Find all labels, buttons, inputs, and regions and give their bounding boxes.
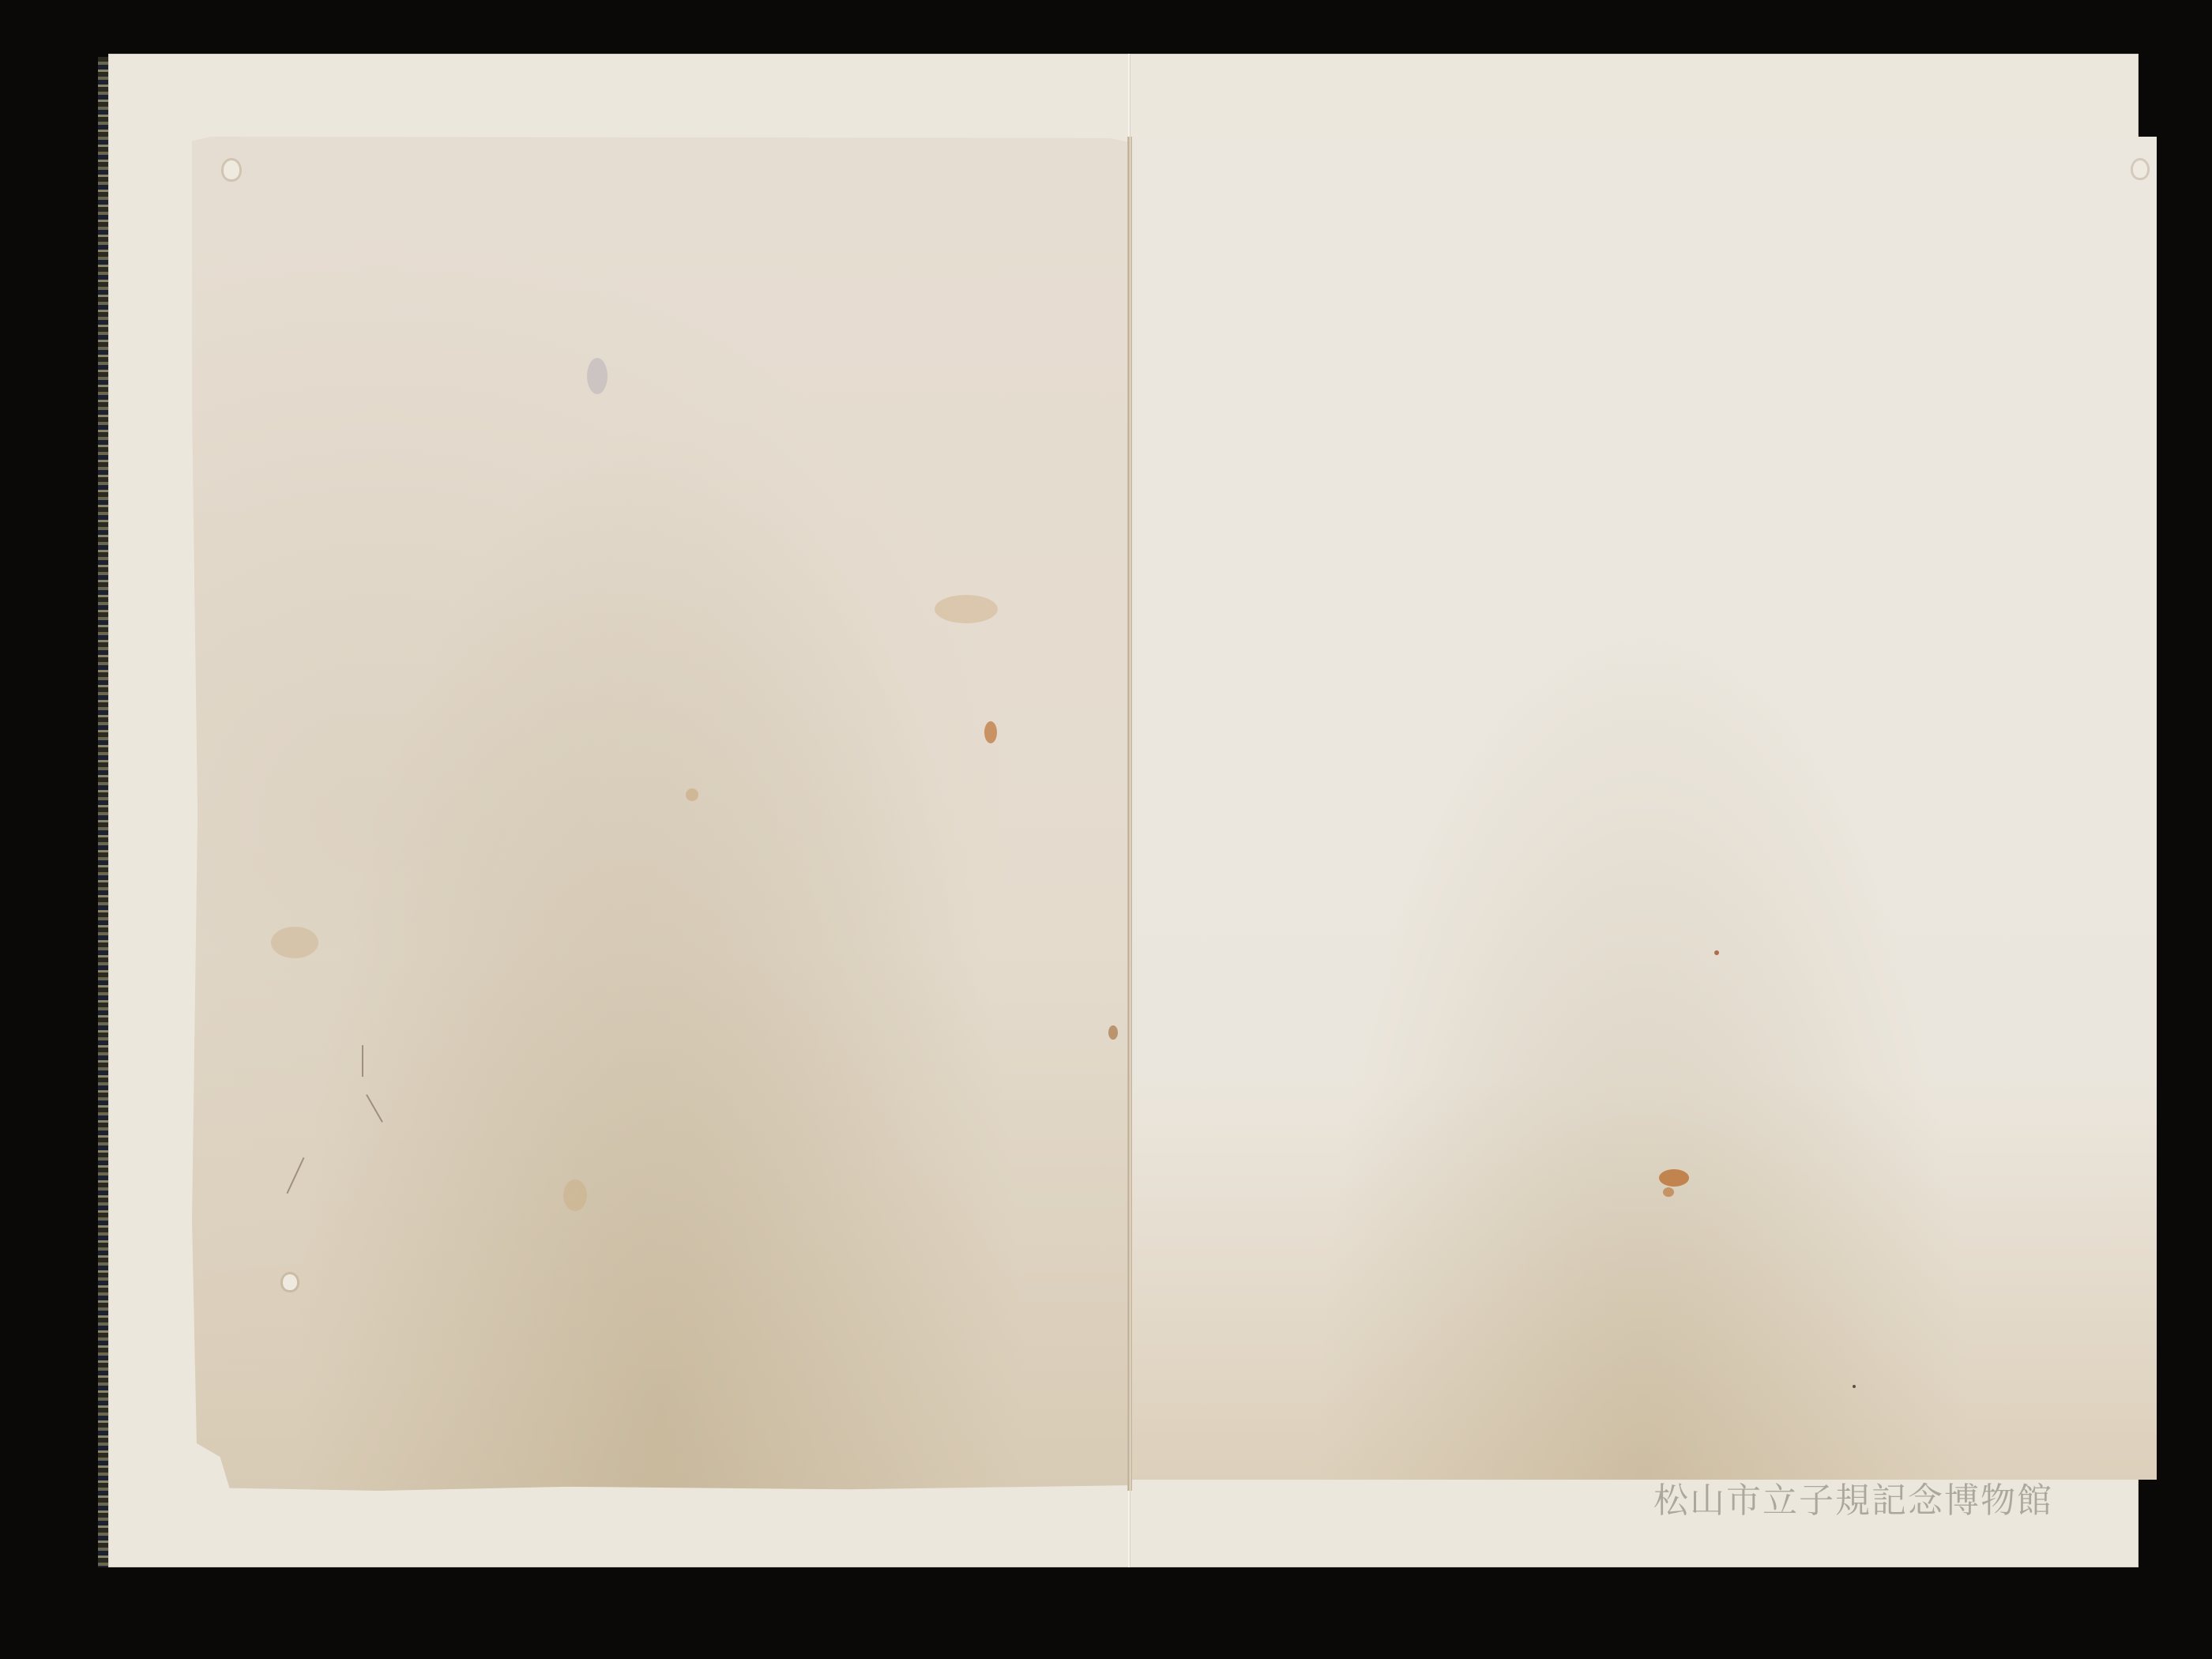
worm-hole <box>283 1274 297 1290</box>
rust-spot <box>1663 1187 1674 1197</box>
mount-board <box>108 54 2139 1567</box>
rust-spot <box>1108 1025 1118 1040</box>
paper-center-fold <box>1127 137 1132 1491</box>
binding-hole <box>224 160 239 179</box>
binding-hole <box>2133 160 2147 178</box>
paper-left-page <box>192 137 1129 1491</box>
paper-right-page <box>1130 137 2157 1480</box>
ink-mark <box>287 1157 305 1194</box>
rust-spot <box>984 721 997 743</box>
dirt-spot <box>1853 1385 1856 1388</box>
rust-spot <box>1714 950 1719 955</box>
stain <box>563 1179 587 1211</box>
brocade-binding-strip <box>98 57 109 1567</box>
stain <box>587 358 608 394</box>
ink-mark <box>362 1045 363 1077</box>
rust-spot <box>1659 1169 1689 1187</box>
stain <box>935 595 998 623</box>
stain <box>686 788 698 801</box>
museum-watermark: 松山市立子規記念博物館 <box>1653 1472 2053 1522</box>
ink-mark <box>366 1094 383 1123</box>
stain <box>271 927 318 958</box>
